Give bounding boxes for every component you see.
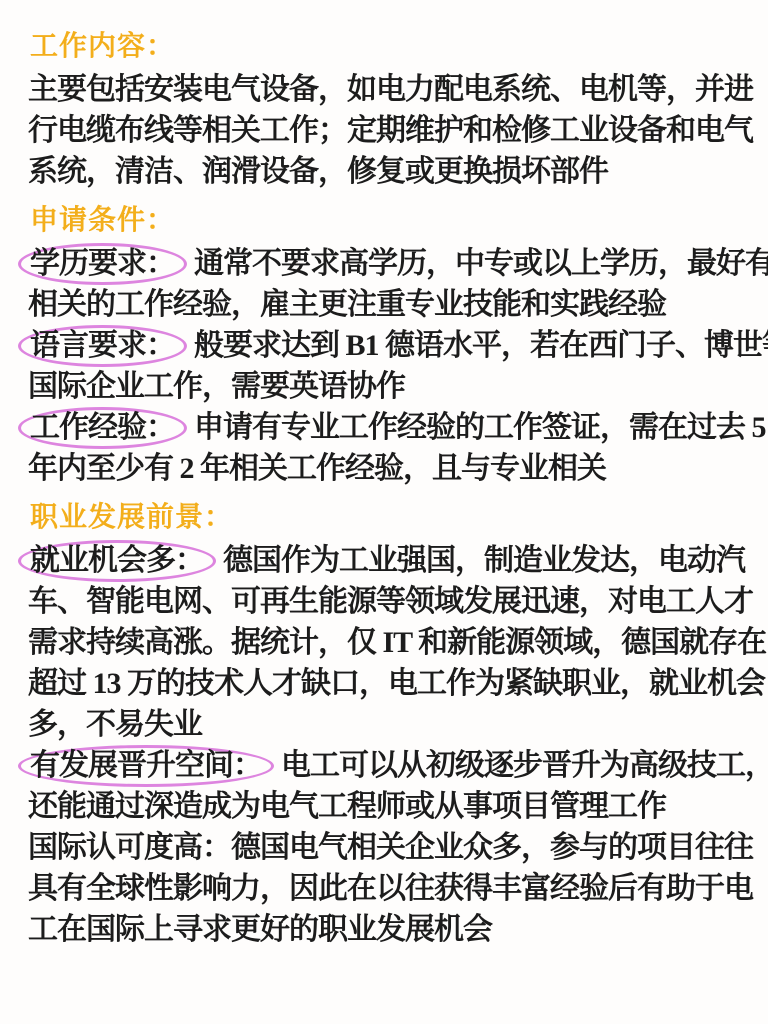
text-line: 行电缆布线等相关工作；定期维护和检修工业设备和电气 [28, 110, 750, 151]
line-text: 还能通过深造成为电气工程师或从事项目管理工作 [28, 790, 666, 823]
text-line: 工在国际上寻求更好的职业发展机会 [28, 909, 750, 950]
text-line: 车、智能电网、可再生能源等领域发展迅速，对电工人才 [28, 581, 750, 622]
text-line: 超过 13 万的技术人才缺口，电工作为紧缺职业，就业机会 [28, 663, 750, 704]
line-text: 申请有专业工作经验的工作签证，需在过去 5 [194, 411, 766, 444]
line-text: 多，不易失业 [28, 708, 202, 741]
circled-label-promotion-space: 有发展晋升空间： [18, 745, 274, 787]
line-text: 年内至少有 2 年相关工作经验，且与专业相关 [28, 452, 606, 485]
section-heading: 工作内容： [30, 30, 750, 64]
line-text: 工在国际上寻求更好的职业发展机会 [28, 913, 492, 946]
text-line: 国际企业工作，需要英语协作 [28, 366, 750, 407]
text-line: 工作经验：申请有专业工作经验的工作签证，需在过去 5 [28, 407, 750, 448]
circled-label-language: 语言要求： [18, 325, 187, 367]
line-text: 国际认可度高：德国电气相关企业众多，参与的项目往往 [28, 831, 753, 864]
text-line: 语言要求：般要求达到 B1 德语水平，若在西门子、博世等 [28, 325, 750, 366]
text-line: 主要包括安装电气设备，如电力配电系统、电机等，并进 [28, 69, 750, 110]
line-text: 通常不要求高学历，中专或以上学历，最好有 [194, 247, 768, 280]
section-application-requirements: 申请条件： 学历要求：通常不要求高学历，中专或以上学历，最好有 相关的工作经验，… [28, 204, 750, 489]
infographic-page: 工作内容： 主要包括安装电气设备，如电力配电系统、电机等，并进 行电缆布线等相关… [0, 0, 768, 1024]
text-line: 需求持续高涨。据统计，仅 IT 和新能源领域，德国就存在 [28, 622, 750, 663]
circled-label-work-experience: 工作经验： [18, 407, 187, 449]
circled-label-job-opportunities: 就业机会多： [18, 540, 216, 582]
text-line: 系统，清洁、润滑设备，修复或更换损坏部件 [28, 151, 750, 192]
text-line: 多，不易失业 [28, 704, 750, 745]
line-text: 系统，清洁、润滑设备，修复或更换损坏部件 [28, 155, 608, 188]
line-text: 具有全球性影响力，因此在以往获得丰富经验后有助于电 [28, 872, 753, 905]
line-text: 国际企业工作，需要英语协作 [28, 370, 405, 403]
line-text: 行电缆布线等相关工作；定期维护和检修工业设备和电气 [28, 114, 753, 147]
text-line: 就业机会多：德国作为工业强国，制造业发达，电动汽 [28, 540, 750, 581]
section-job-content: 工作内容： 主要包括安装电气设备，如电力配电系统、电机等，并进 行电缆布线等相关… [28, 30, 750, 192]
line-text: 德国作为工业强国，制造业发达，电动汽 [223, 544, 745, 577]
line-text: 般要求达到 B1 德语水平，若在西门子、博世等 [194, 329, 768, 362]
text-line: 学历要求：通常不要求高学历，中专或以上学历，最好有 [28, 243, 750, 284]
line-text: 车、智能电网、可再生能源等领域发展迅速，对电工人才 [28, 585, 753, 618]
line-text: 超过 13 万的技术人才缺口，电工作为紧缺职业，就业机会 [28, 667, 765, 700]
text-line: 国际认可度高：德国电气相关企业众多，参与的项目往往 [28, 827, 750, 868]
section-heading: 申请条件： [30, 204, 750, 238]
line-text: 电工可以从初级逐步晋升为高级技工， [281, 749, 768, 782]
line-text: 相关的工作经验，雇主更注重专业技能和实践经验 [28, 288, 666, 321]
line-text: 需求持续高涨。据统计，仅 IT 和新能源领域，德国就存在 [28, 626, 766, 659]
text-line: 具有全球性影响力，因此在以往获得丰富经验后有助于电 [28, 868, 750, 909]
text-line: 有发展晋升空间：电工可以从初级逐步晋升为高级技工， [28, 745, 750, 786]
text-line: 还能通过深造成为电气工程师或从事项目管理工作 [28, 786, 750, 827]
line-text: 主要包括安装电气设备，如电力配电系统、电机等，并进 [28, 73, 753, 106]
text-line: 年内至少有 2 年相关工作经验，且与专业相关 [28, 448, 750, 489]
text-line: 相关的工作经验，雇主更注重专业技能和实践经验 [28, 284, 750, 325]
circled-label-education: 学历要求： [18, 243, 187, 285]
section-career-prospects: 职业发展前景： 就业机会多：德国作为工业强国，制造业发达，电动汽 车、智能电网、… [28, 501, 750, 950]
section-heading: 职业发展前景： [30, 501, 750, 535]
